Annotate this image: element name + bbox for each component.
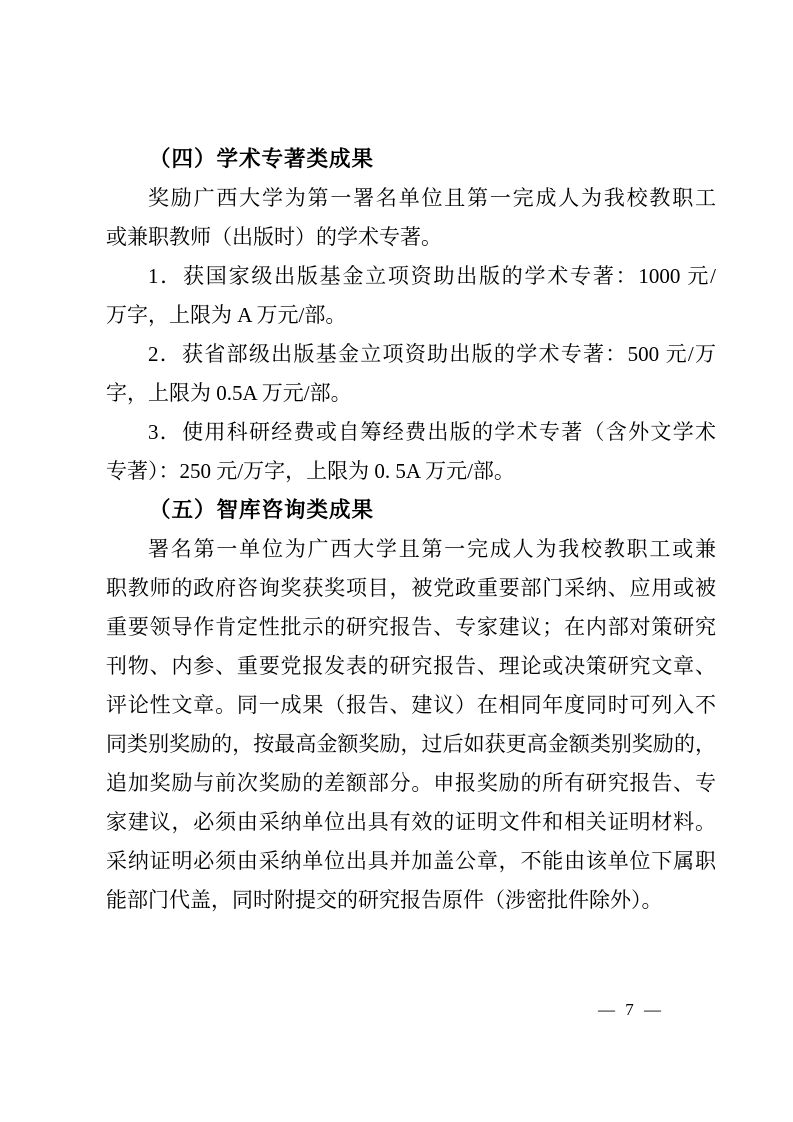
- document-page: （四）学术专著类成果奖励广西大学为第一署名单位且第一完成人为我校教职工或兼职教师…: [0, 0, 793, 1122]
- document-body: （四）学术专著类成果奖励广西大学为第一署名单位且第一完成人为我校教职工或兼职教师…: [106, 140, 716, 920]
- text-line: 2．获省部级出版基金立项资助出版的学术专著：500 元/万: [106, 335, 716, 374]
- text-line: 家建议，必须由采纳单位出具有效的证明文件和相关证明材料。: [106, 803, 716, 842]
- page-number: — 7 —: [598, 998, 664, 1022]
- text-line: 职教师的政府咨询奖获奖项目，被党政重要部门采纳、应用或被: [106, 569, 716, 608]
- section-heading: （五）智库咨询类成果: [106, 491, 716, 530]
- text-line: 专著）：250 元/万字，上限为 0. 5A 万元/部。: [106, 452, 716, 491]
- text-line: 字，上限为 0.5A 万元/部。: [106, 374, 716, 413]
- text-line: 或兼职教师（出版时）的学术专著。: [106, 218, 716, 257]
- section-heading: （四）学术专著类成果: [106, 140, 716, 179]
- text-line: 刊物、内参、重要党报发表的研究报告、理论或决策研究文章、: [106, 647, 716, 686]
- text-line: 评论性文章。同一成果（报告、建议）在相同年度同时可列入不: [106, 686, 716, 725]
- text-line: 能部门代盖，同时附提交的研究报告原件（涉密批件除外）。: [106, 881, 716, 920]
- text-line: 署名第一单位为广西大学且第一完成人为我校教职工或兼: [106, 530, 716, 569]
- text-line: 1．获国家级出版基金立项资助出版的学术专著：1000 元/: [106, 257, 716, 296]
- text-line: 同类别奖励的，按最高金额奖励，过后如获更高金额类别奖励的，: [106, 725, 716, 764]
- text-line: 追加奖励与前次奖励的差额部分。申报奖励的所有研究报告、专: [106, 764, 716, 803]
- text-line: 奖励广西大学为第一署名单位且第一完成人为我校教职工: [106, 179, 716, 218]
- text-line: 万字，上限为 A 万元/部。: [106, 296, 716, 335]
- text-line: 重要领导作肯定性批示的研究报告、专家建议；在内部对策研究: [106, 608, 716, 647]
- text-line: 3．使用科研经费或自筹经费出版的学术专著（含外文学术: [106, 413, 716, 452]
- text-line: 采纳证明必须由采纳单位出具并加盖公章，不能由该单位下属职: [106, 842, 716, 881]
